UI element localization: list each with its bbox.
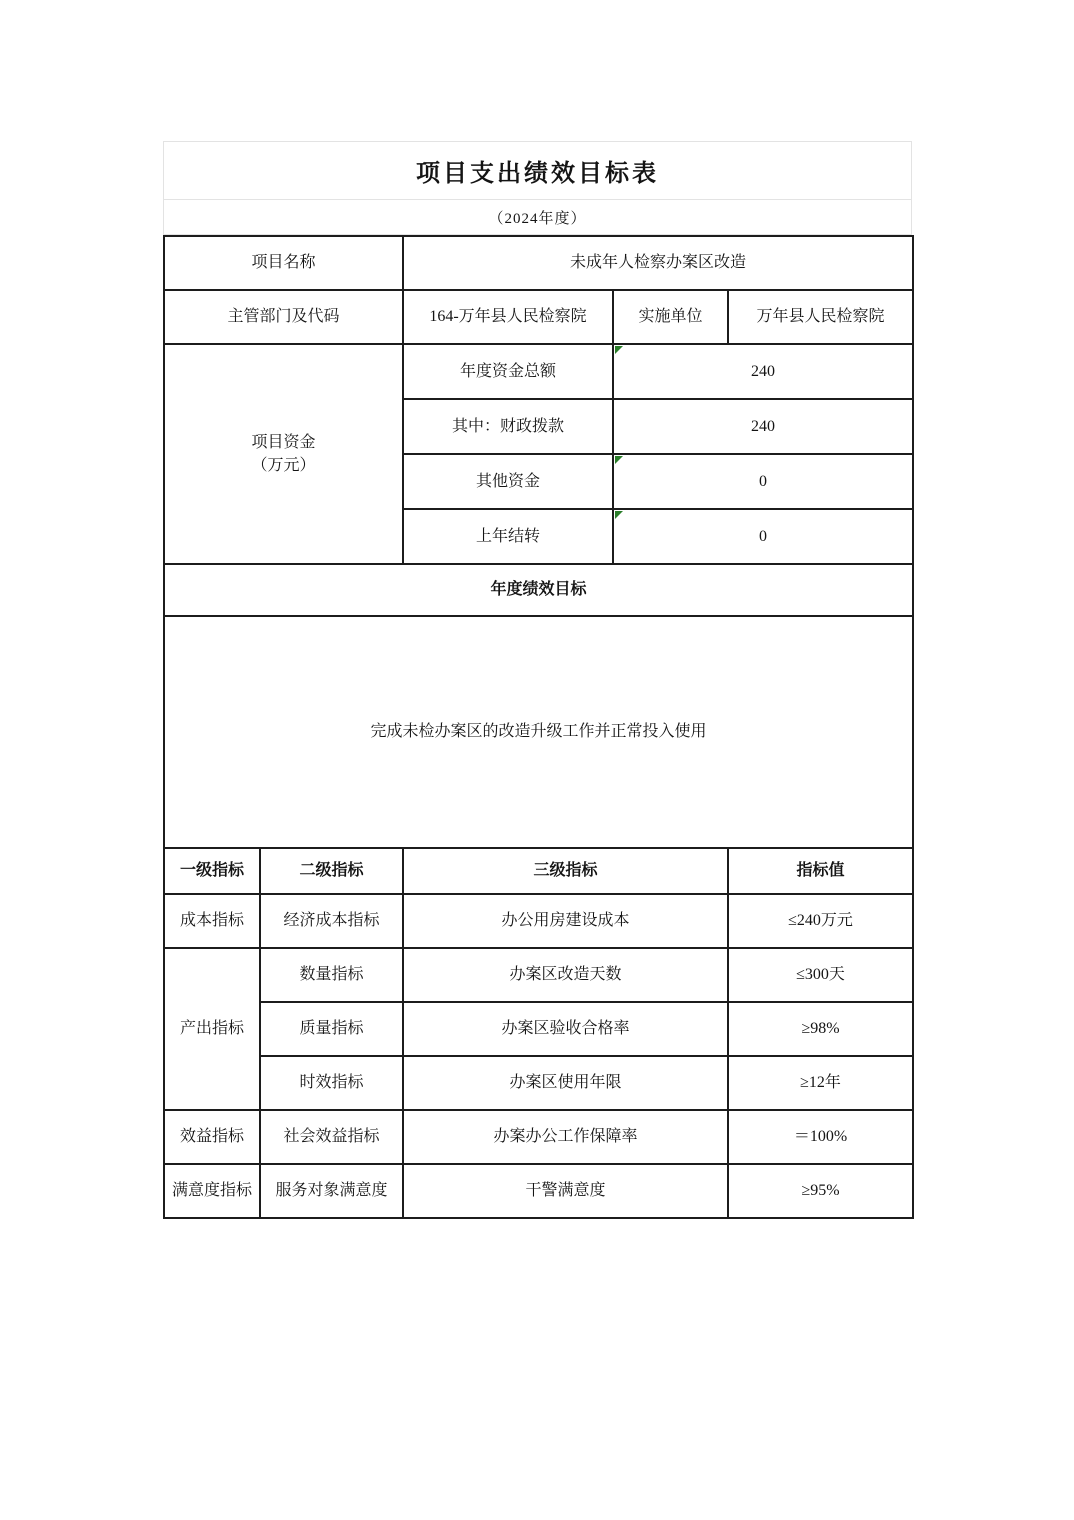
funding-item-value: 0 [613,454,913,509]
impl-unit-label: 实施单位 [613,290,728,344]
department-row: 主管部门及代码 164-万年县人民检察院 实施单位 万年县人民检察院 [164,290,913,344]
department-code-value: 164-万年县人民检察院 [403,290,613,344]
annual-goal-header: 年度绩效目标 [164,564,913,616]
funding-value-text: 0 [759,473,767,490]
indicator-row-benefit: 效益指标 社会效益指标 办案办公工作保障率 ＝100% [164,1110,913,1164]
main-grid: 项目名称 未成年人检察办案区改造 主管部门及代码 164-万年县人民检察院 实施… [163,235,914,1219]
funding-section-label: 项目资金 （万元） [164,344,403,564]
indicators-header-level3: 三级指标 [403,848,728,894]
report-title: 项目支出绩效目标表 [163,141,912,200]
indicator-level3-cell: 办案区验收合格率 [403,1002,728,1056]
department-label: 主管部门及代码 [164,290,403,344]
report-year-subtitle: （2024年度） [163,200,912,235]
funding-value-text: 240 [751,418,775,435]
annual-goal-header-row: 年度绩效目标 [164,564,913,616]
impl-unit-value: 万年县人民检察院 [728,290,913,344]
indicator-value-cell: ≥98% [728,1002,913,1056]
annual-goal-content-row: 完成未检办案区的改造升级工作并正常投入使用 [164,616,913,848]
funding-item-label: 其他资金 [403,454,613,509]
indicator-row-cost: 成本指标 经济成本指标 办公用房建设成本 ≤240万元 [164,894,913,948]
indicator-row-output-quantity: 产出指标 数量指标 办案区改造天数 ≤300天 [164,948,913,1002]
indicator-value-cell: ≥95% [728,1164,913,1218]
funding-label-line1: 项目资金 [167,431,400,454]
indicator-level1-cell: 产出指标 [164,948,260,1110]
indicator-value-cell: ＝100% [728,1110,913,1164]
funding-item-value: 240 [613,399,913,454]
funding-row-total: 项目资金 （万元） 年度资金总额 240 [164,344,913,399]
indicator-level3-cell: 办案区使用年限 [403,1056,728,1110]
indicators-header-value: 指标值 [728,848,913,894]
indicator-level2-cell: 质量指标 [260,1002,403,1056]
indicator-level3-cell: 办案区改造天数 [403,948,728,1002]
indicator-level3-cell: 办案办公工作保障率 [403,1110,728,1164]
document-page: 项目支出绩效目标表 （2024年度） 项目名称 未成年人检察办案区改造 主管部门… [0,0,1074,1520]
funding-item-value: 0 [613,509,913,564]
funding-item-label: 年度资金总额 [403,344,613,399]
indicator-level1-cell: 满意度指标 [164,1164,260,1218]
indicators-header-row: 一级指标 二级指标 三级指标 指标值 [164,848,913,894]
indicator-row-satisfaction: 满意度指标 服务对象满意度 干警满意度 ≥95% [164,1164,913,1218]
funding-value-text: 0 [759,528,767,545]
annual-goal-content: 完成未检办案区的改造升级工作并正常投入使用 [164,616,913,848]
performance-target-table: 项目支出绩效目标表 （2024年度） 项目名称 未成年人检察办案区改造 主管部门… [163,141,912,1219]
project-name-label: 项目名称 [164,236,403,290]
indicator-level2-cell: 社会效益指标 [260,1110,403,1164]
funding-label-line2: （万元） [167,454,400,477]
excel-flag-icon [615,456,623,464]
funding-item-label: 上年结转 [403,509,613,564]
indicator-level3-cell: 办公用房建设成本 [403,894,728,948]
funding-item-label: 其中：财政拨款 [403,399,613,454]
excel-flag-icon [615,511,623,519]
project-name-value: 未成年人检察办案区改造 [403,236,913,290]
indicators-header-level1: 一级指标 [164,848,260,894]
indicator-level3-cell: 干警满意度 [403,1164,728,1218]
indicator-level1-cell: 成本指标 [164,894,260,948]
project-name-row: 项目名称 未成年人检察办案区改造 [164,236,913,290]
excel-flag-icon [615,346,623,354]
funding-value-text: 240 [751,363,775,380]
indicators-header-level2: 二级指标 [260,848,403,894]
indicator-level1-cell: 效益指标 [164,1110,260,1164]
indicator-level2-cell: 服务对象满意度 [260,1164,403,1218]
indicator-row-output-timeliness: 时效指标 办案区使用年限 ≥12年 [164,1056,913,1110]
indicator-value-cell: ≤240万元 [728,894,913,948]
indicator-row-output-quality: 质量指标 办案区验收合格率 ≥98% [164,1002,913,1056]
indicator-level2-cell: 时效指标 [260,1056,403,1110]
indicator-value-cell: ≥12年 [728,1056,913,1110]
indicator-value-cell: ≤300天 [728,948,913,1002]
indicator-level2-cell: 数量指标 [260,948,403,1002]
indicator-level2-cell: 经济成本指标 [260,894,403,948]
funding-item-value: 240 [613,344,913,399]
